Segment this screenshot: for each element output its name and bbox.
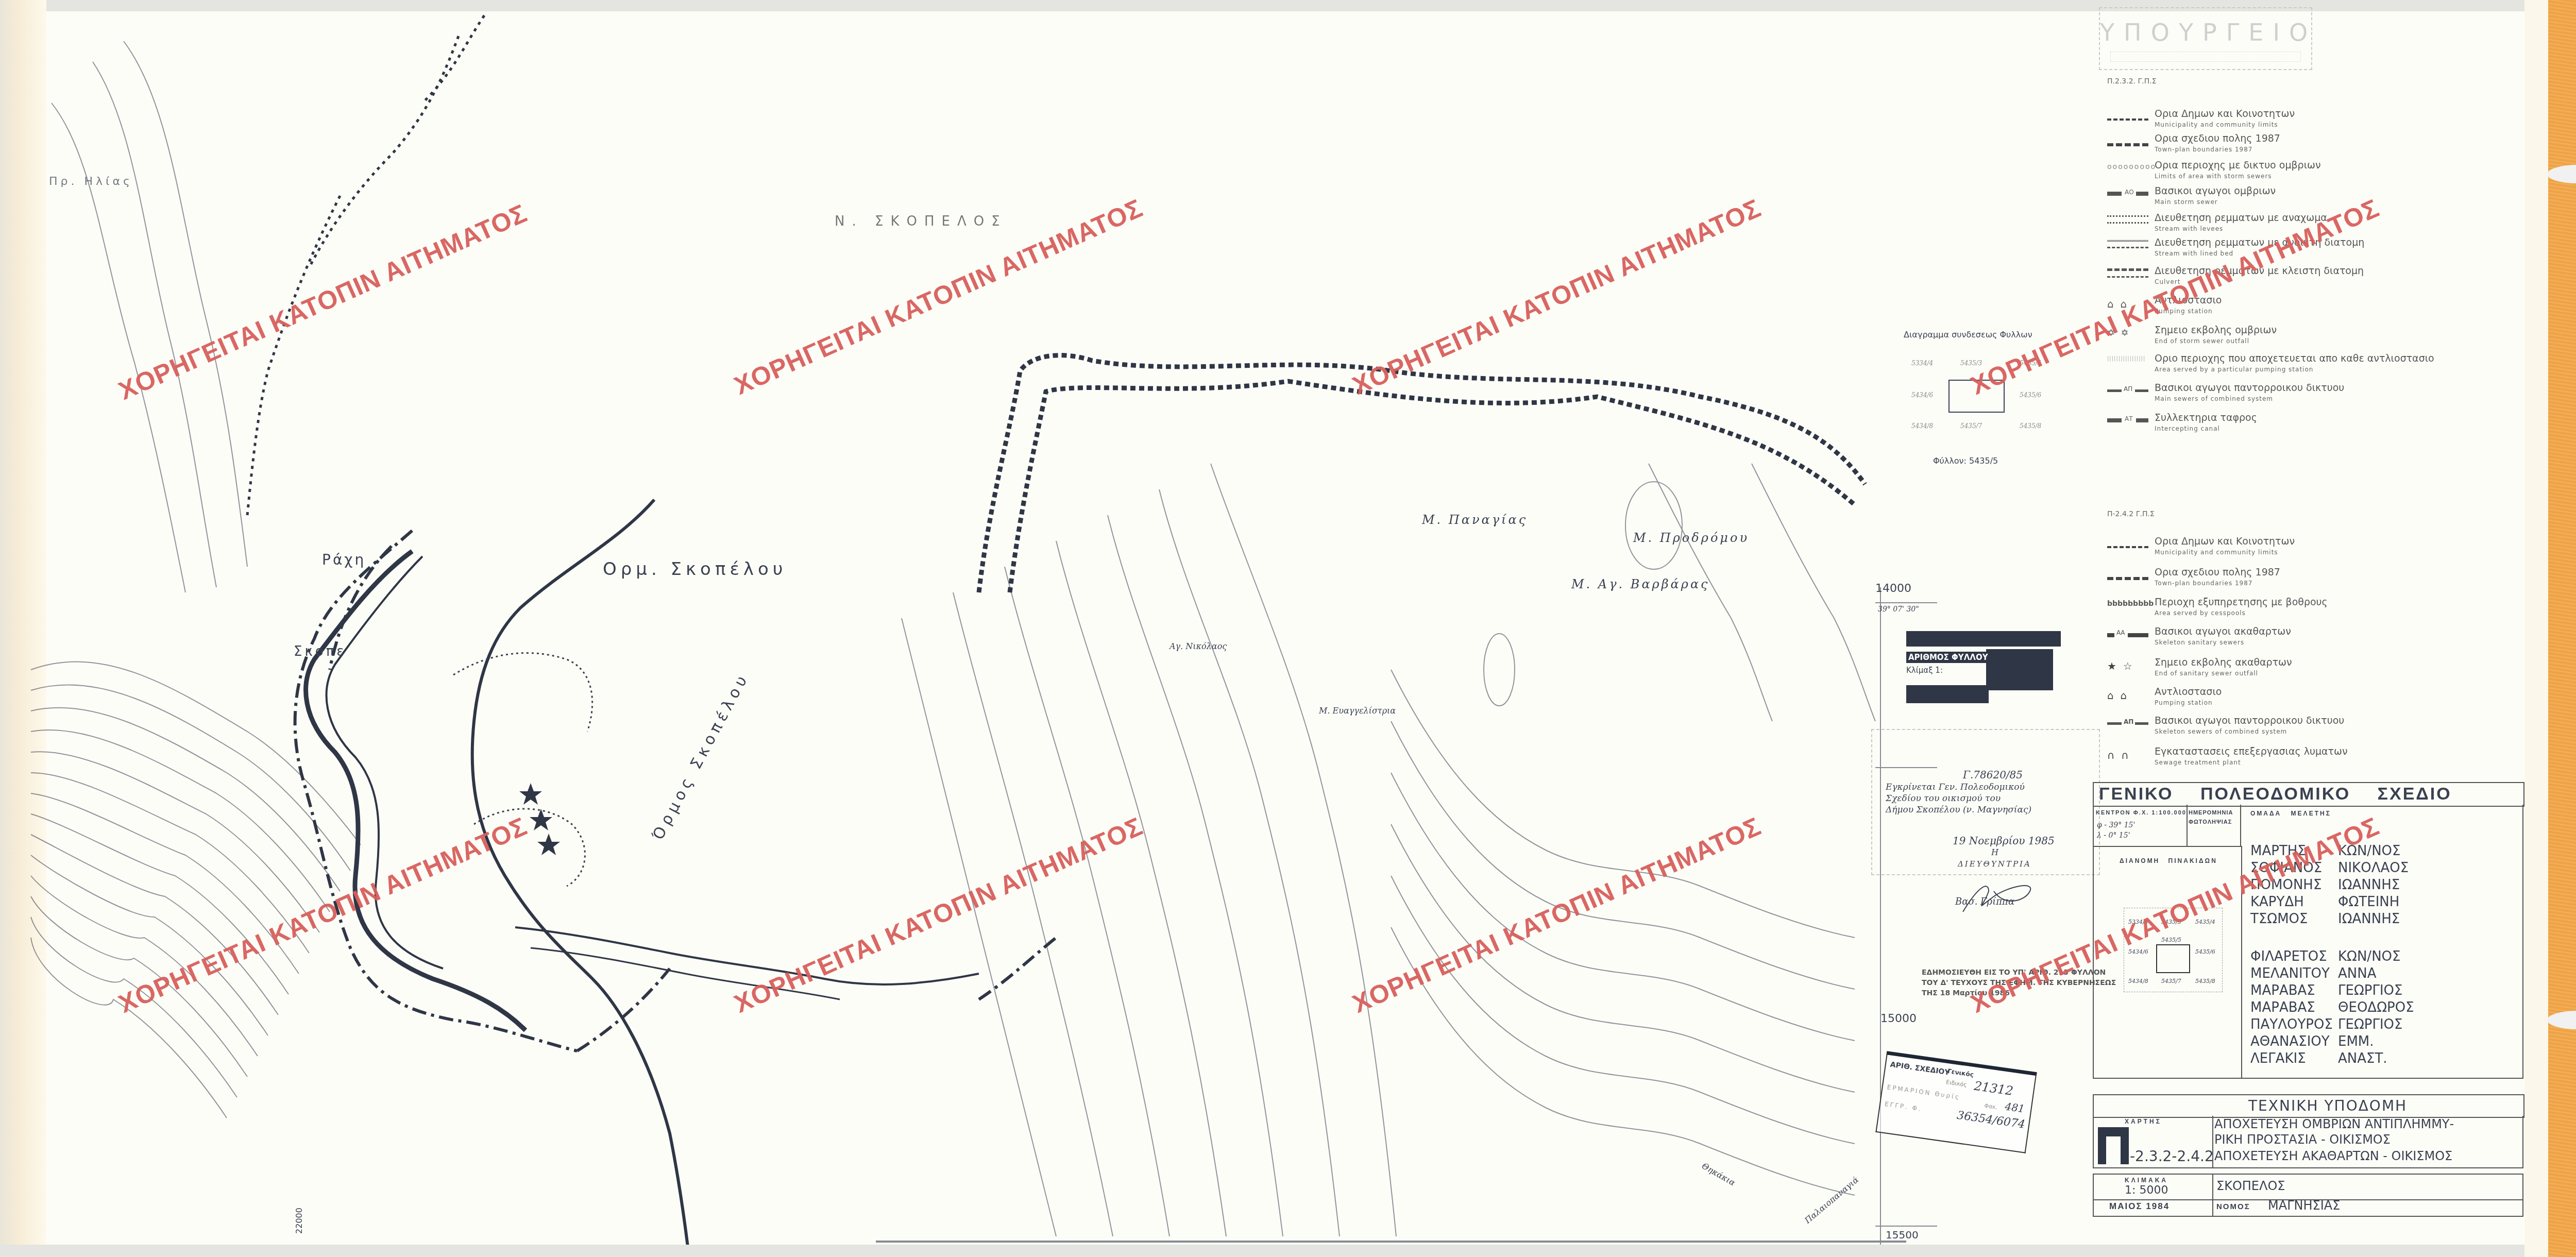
team-member-name: ΕΜΜ.	[2338, 1034, 2374, 1049]
legend-gr: Σημειο εκβολης ομβριων	[2155, 325, 2277, 336]
center-cell: ΚΕΝΤΡΟΝ Φ.Χ. 1:100.000 φ - 39° 15' λ - 0…	[2093, 805, 2188, 847]
map-letter-block	[2098, 1127, 2129, 1164]
place-label: Μ. Παναγίας	[1422, 513, 1528, 527]
description-line: ΡΙΚΗ ΠΡΟΣΤΑΣΙΑ - ΟΙΚΙΣΜΟΣ	[2214, 1132, 2391, 1147]
legend-en: Sewage treatment plant	[2155, 759, 2241, 766]
team-member-name: ΚΩΝ/ΝΟΣ	[2338, 949, 2400, 964]
scale-value: 1: 5000	[2125, 1184, 2168, 1197]
stamp-value: 21312	[1973, 1079, 2014, 1098]
sheet-cell: 5435/8	[2020, 422, 2041, 430]
legend-en: Municipality and community limits	[2155, 549, 2278, 556]
legend-gr: Σημειο εκβολης ακαθαρτων	[2155, 657, 2292, 668]
legend-gr: Ορια Δημων και Κοινοτητων	[2155, 536, 2295, 547]
legend-item: ★ ☆ Σημειο εκβολης ακαθαρτων End of sani…	[2107, 657, 2514, 682]
legend-en: Intercepting canal	[2155, 425, 2220, 432]
legend-section-code: Π-2.4.2 Γ.Π.Σ	[2107, 510, 2155, 518]
stamp-label: Γενικός	[1947, 1067, 1974, 1078]
team-member-surname: ΚΑΡΥΔΗ	[2250, 894, 2304, 910]
sheet-cell: 5434/6	[1911, 392, 1933, 399]
date-cell: ΜΑΙΟΣ 1984	[2093, 1198, 2213, 1217]
subject: ΤΕΧΝΙΚΗ ΥΠΟΔΟΜΗ	[2248, 1097, 2407, 1114]
culvert-line-icon	[2107, 268, 2148, 278]
legend-item: ooooooooo Ορια περιοχης με δικτυο ομβριω…	[2107, 160, 2514, 184]
legend-en: Main storm sewer	[2155, 198, 2218, 206]
team-member-name: ΓΕΩΡΓΙΟΣ	[2338, 1017, 2403, 1032]
sheet-cell: 5435/3	[1960, 360, 1982, 367]
place-value: ΣΚΟΠΕΛΟΣ	[2216, 1179, 2285, 1193]
scale-cell: ΚΛΙΜΑΚΑ 1: 5000	[2093, 1174, 2213, 1200]
team-member-name: ΝΙΚΟΛΑΟΣ	[2338, 860, 2409, 876]
legend-gr: Ορια σχεδιου πολης 1987	[2155, 133, 2280, 144]
distribution-cell-label: 5435/6	[2195, 948, 2215, 955]
team-member-name: ΓΕΩΡΓΙΟΣ	[2338, 983, 2403, 998]
approval-text: Δήμου Σκοπέλου (ν. Μαγνησίας)	[1886, 805, 2031, 815]
legend-item: ΑΑ Βασικοι αγωγοι ακαθαρτων Skeleton san…	[2107, 626, 2514, 651]
date-value: ΜΑΙΟΣ 1984	[2109, 1201, 2170, 1212]
place-label: Πρ. Ηλίας	[49, 175, 133, 188]
legend-gr: Βασικοι αγωγοι ομβριων	[2155, 185, 2276, 197]
legend-en: Skeleton sanitary sewers	[2155, 639, 2244, 646]
center-label: ΚΕΝΤΡΟΝ Φ.Χ. 1:100.000	[2096, 810, 2187, 816]
subject-row: ΤΕΧΝΙΚΗ ΥΠΟΔΟΜΗ	[2093, 1094, 2524, 1118]
team-member-surname: ΠΑΥΛΟΥΡΟΣ	[2250, 1017, 2333, 1032]
ap-line-icon: ΑΠ	[2107, 718, 2148, 736]
legend-item: ∩ ∩ Εγκαταστασεις επεξεργασιας λυματων S…	[2107, 746, 2514, 771]
legend-item: ||||||||||||||||| Οριο περιοχης που αποχ…	[2107, 353, 2514, 378]
legend-gr: Εγκαταστασεις επεξεργασιας λυματων	[2155, 746, 2348, 757]
legend-gr: Ορια περιοχης με δικτυο ομβριων	[2155, 160, 2321, 171]
ap-line-icon: ΑΠ	[2107, 385, 2148, 403]
legend-item: Ορια σχεδιου πολης 1987 Town-plan bounda…	[2107, 567, 2514, 591]
map-number: -2.3.2-2.4.2	[2130, 1148, 2214, 1165]
old-titlebox-line: Κλίμαξ 1:	[1906, 666, 1943, 675]
description-line: ΑΠΟΧΕΤΕΥΣΗ ΑΚΑΘΑΡΤΩΝ - ΟΙΚΙΣΜΟΣ	[2214, 1149, 2452, 1163]
punch-hole	[2547, 165, 2576, 183]
legend-en: Town-plan boundaries 1987	[2155, 580, 2253, 587]
description-line: ΑΠΟΧΕΤΕΥΣΗ ΟΜΒΡΙΩΝ ΑΝΤΙΠΛΗΜΜΥ-	[2214, 1117, 2454, 1131]
plan-title: ΓΕΝΙΚΟ ΠΟΛΕΟΔΟΜΙΚΟ ΣΧΕΔΙΟ	[2099, 784, 2452, 804]
legend-item: ΑΠ Βασικοι αγωγοι παντορροικου δικτυου S…	[2107, 715, 2514, 740]
legend-item: ✡ ✡ Σημειο εκβολης ομβριων End of storm …	[2107, 325, 2514, 349]
place-label: Ορμ. Σκοπέλου	[603, 559, 787, 580]
bar-dash-line-icon	[2107, 577, 2148, 580]
sheet-diagram-title: Διαγραμμα συνδεσεως Φυλλων	[1904, 330, 2032, 339]
stamp-label: ΕΓΓΡ. Φ.	[1884, 1100, 1922, 1113]
topographic-map	[0, 0, 2112, 1257]
signature-name: Βασ. Γρίππα	[1955, 896, 2014, 907]
description-cell: ΑΠΟΧΕΤΕΥΣΗ ΟΜΒΡΙΩΝ ΑΝΤΙΠΛΗΜΜΥ- ΡΙΚΗ ΠΡΟΣ…	[2211, 1116, 2523, 1168]
approval-role-article: Η	[1991, 847, 1998, 857]
prefecture-value: ΜΑΓΝΗΣΙΑΣ	[2268, 1198, 2340, 1213]
legend-gr: Ορια Δημων και Κοινοτητων	[2155, 108, 2295, 120]
grid-label: 14000	[1875, 582, 1911, 595]
approval-date: 19 Νοεμβρίου 1985	[1953, 835, 2055, 847]
legend-item: ⌂ ⌂ Αντλιοστασιο Pumping station	[2107, 686, 2514, 711]
ao-line-icon: ΑΟ	[2107, 189, 2148, 206]
legend-item: bbbbbbbbb Περιοχη εξυπηρετησης με βοθρου…	[2107, 597, 2514, 621]
scan-border-bottom	[0, 1245, 2524, 1257]
sea-label: Ν. ΣΚΟΠΕΛΟΣ	[835, 214, 1007, 229]
sheet-label: Φύλλον: 5435/5	[1933, 456, 1998, 466]
legend-gr: Ορια σχεδιου πολης 1987	[2155, 567, 2280, 578]
scale-label: ΚΛΙΜΑΚΑ	[2125, 1177, 2168, 1184]
photo-date-label: ΗΜΕΡΟΜΗΝΙΑ	[2189, 810, 2233, 816]
legend-en: Main sewers of combined system	[2155, 395, 2273, 402]
treatment-plant-icon: ∩ ∩	[2107, 749, 2148, 767]
distribution-label: ΔΙΑΝΟΜΗ ΠΙΝΑΚΙΔΩΝ	[2120, 857, 2217, 864]
tick-line-icon: |||||||||||||||||	[2107, 356, 2148, 373]
legend-item: ΑΟ Βασικοι αγωγοι ομβριων Main storm sew…	[2107, 185, 2514, 210]
current-sheet-box	[2156, 944, 2190, 973]
distribution-cell-label: 5435/5	[2161, 937, 2181, 943]
place-label: Μ. Αγ. Βαρβάρας	[1571, 577, 1710, 591]
lined-bed-line-icon	[2107, 240, 2148, 248]
sanitary-outfall-star-icon: ★ ☆	[2107, 660, 2148, 677]
photo-date-label: ΦΩΤΟΛΗΨΙΑΣ	[2189, 819, 2232, 825]
legend-gr: Οριο περιοχης που αποχετευεται απο καθε …	[2155, 353, 2434, 364]
team-member-name: ΘΕΟΔΩΡΟΣ	[2338, 1000, 2414, 1015]
place-label: Μ. Προδρόμου	[1633, 531, 1749, 545]
map-number-cell: ΧΑΡΤΗΣ -2.3.2-2.4.2	[2093, 1116, 2213, 1168]
place-label: Σκοπε	[294, 644, 346, 659]
legend-en: Area served by a particular pumping stat…	[2155, 366, 2313, 373]
legend-section-code: Π.2.3.2. Γ.Π.Σ	[2107, 77, 2157, 86]
place-label: Αγ. Νικόλαος	[1170, 641, 1227, 651]
stamp-label: Ειδικός	[1945, 1079, 1967, 1089]
map-letter-cutout	[2106, 1136, 2121, 1164]
approval-text: Σχεδίου του οικισμού του	[1886, 793, 2001, 804]
grid-label: 15500	[1886, 1229, 1919, 1241]
levee-line-icon	[2107, 215, 2148, 224]
grid-label: 22000	[294, 1208, 304, 1234]
ministry-title: ΥΠΟΥΡΓΕΙΟ	[2100, 19, 2311, 46]
legend-gr: Διευθετηση ρεμματων με αναχωμα	[2155, 212, 2327, 224]
legend-gr: Βασικοι αγωγοι παντορροικου δικτυου	[2155, 715, 2344, 726]
legend-en: Town-plan boundaries 1987	[2155, 146, 2253, 153]
team-member-surname: ΦΙΛΑΡΕΤΟΣ	[2250, 949, 2327, 964]
distribution-cell-label: 5434/8	[2128, 978, 2148, 984]
team-member-surname: ΜΑΡΑΒΑΣ	[2250, 1000, 2315, 1015]
place-label: Μ. Ευαγγελίστρια	[1319, 706, 1396, 716]
dash-dot-line-icon	[2107, 118, 2148, 121]
team-member-name: ΙΩΑΝΝΗΣ	[2338, 911, 2400, 927]
approval-ref: Γ.78620/85	[1963, 769, 2023, 781]
place-label: Ράχη	[322, 551, 366, 568]
cesspool-line-icon: bbbbbbbbb	[2107, 600, 2148, 617]
legend-item: Ορια Δημων και Κοινοτητων Municipality a…	[2107, 108, 2514, 133]
stamp-title: ΑΡΙΘ. ΣΧΕΔΙΟΥ	[1890, 1061, 1951, 1077]
team-member-surname: ΛΕΓΑΚΙΣ	[2250, 1051, 2306, 1066]
bar-dash-line-icon	[2107, 143, 2148, 146]
map-sheet: Ν. ΣΚΟΠΕΛΟΣ Ορμ. Σκοπέλου Όρμος Σκοπέλου…	[0, 0, 2524, 1257]
legend-en: End of storm sewer outfall	[2155, 337, 2249, 345]
stamp-value: 481	[2004, 1100, 2025, 1115]
aa-line-icon: ΑΑ	[2107, 629, 2148, 647]
legend-item: ΑΠ Βασικοι αγωγοι παντορροικου δικτυου M…	[2107, 382, 2514, 407]
team-member-name: ΙΩΑΝΝΗΣ	[2338, 877, 2400, 893]
legend-gr: Συλλεκτηρια ταφρος	[2155, 412, 2257, 423]
pumping-station-a-icon: ⌂ ⌂	[2107, 689, 2148, 707]
legend-en: End of sanitary sewer outfall	[2155, 670, 2258, 677]
legend-item: Ορια Δημων και Κοινοτητων Municipality a…	[2107, 536, 2514, 560]
team-label: ΟΜΑΔΑ ΜΕΛΕΤΗΣ	[2250, 810, 2331, 817]
legend-item: ΑΤ Συλλεκτηρια ταφρος Intercepting canal	[2107, 412, 2514, 437]
photo-date-cell: ΗΜΕΡΟΜΗΝΙΑ ΦΩΤΟΛΗΨΙΑΣ	[2185, 805, 2241, 847]
team-member-name: ΑΝΑΣΤ.	[2338, 1051, 2387, 1066]
legend-en: Pumping station	[2155, 699, 2213, 706]
distribution-cell-label: 5435/7	[2161, 978, 2181, 984]
legend-gr: Περιοχη εξυπηρετησης με βοθρους	[2155, 597, 2328, 608]
legend-en: Limits of area with storm sewers	[2155, 173, 2272, 180]
legend-item: Ορια σχεδιου πολης 1987 Town-plan bounda…	[2107, 133, 2514, 158]
ministry-subtitle-box	[2110, 52, 2301, 62]
team-member-surname: ΜΕΛΑΝΙΤΟΥ	[2250, 966, 2330, 981]
team-member-surname: ΑΘΑΝΑΣΙΟΥ	[2250, 1034, 2330, 1049]
sheet-cell: 5434/8	[1911, 422, 1933, 430]
team-cell: ΟΜΑΔΑ ΜΕΛΕΤΗΣ ΜΑΡΤΗΣΚΩΝ/ΝΟΣΣΟΦΙΑΝΟΣΝΙΚΟΛ…	[2240, 805, 2523, 1079]
legend-en: Stream with lined bed	[2155, 250, 2233, 257]
legend-en: Municipality and community limits	[2155, 121, 2278, 128]
coordinate-label: 39° 07' 30"	[1878, 605, 1919, 614]
stamp-label: Φακ.	[1984, 1102, 1998, 1111]
prefecture-label: ΝΟΜΟΣ	[2216, 1202, 2250, 1211]
approval-role: ΔΙΕΥΘΥΝΤΡΙΑ	[1958, 859, 2031, 869]
map-label: ΧΑΡΤΗΣ	[2125, 1118, 2162, 1125]
dash-dot-line-icon	[2107, 546, 2148, 548]
team-member-surname: ΤΣΩΜΟΣ	[2250, 911, 2308, 927]
punch-hole	[2547, 1011, 2576, 1029]
legend-en: Area served by cesspools	[2155, 609, 2246, 617]
legend-en: Skeleton sewers of combined system	[2155, 728, 2287, 735]
stamp-label: ΕΡΜΑΡΙΟΝ Θυρίς	[1887, 1083, 1961, 1101]
legend-gr: Βασικοι αγωγοι παντορροικου δικτυου	[2155, 382, 2344, 394]
sheet-cell: 5435/6	[2020, 392, 2041, 399]
team-member-name: ΑΝΝΑ	[2338, 966, 2376, 981]
binding-strip: ΧΟΡ ΧΟΡ	[2524, 0, 2576, 1257]
sheet-cell: 5334/4	[1911, 360, 1933, 367]
sheet-cell: 5435/7	[1960, 422, 1982, 430]
paper-edge	[2524, 0, 2548, 1257]
team-member-name: ΦΩΤΕΙΝΗ	[2338, 894, 2399, 910]
prefecture-cell: ΝΟΜΟΣ ΜΑΓΝΗΣΙΑΣ	[2211, 1198, 2523, 1217]
legend-en: Stream with levees	[2155, 225, 2223, 232]
legend-gr: Βασικοι αγωγοι ακαθαρτων	[2155, 626, 2291, 637]
team-member-surname: ΜΑΡΑΒΑΣ	[2250, 983, 2315, 998]
legend-gr: Αντλιοστασιο	[2155, 686, 2222, 698]
old-titlebox-line: ΑΡΙΘΜΟΣ ΦΥΛΛΟΥ	[1906, 652, 1990, 663]
ministry-stamp: ΥΠΟΥΡΓΕΙΟ	[2099, 7, 2312, 70]
circle-line-icon: ooooooooo	[2107, 163, 2148, 180]
phi-value: φ - 39° 15'	[2097, 821, 2135, 829]
approval-text: Εγκρίνεται Γεν. Πολεοδομικού	[1886, 782, 2025, 792]
grid-label: 15000	[1880, 1012, 1917, 1025]
distribution-cell-label: 5435/8	[2195, 978, 2215, 984]
title-row: ΓΕΝΙΚΟ ΠΟΛΕΟΔΟΜΙΚΟ ΣΧΕΔΙΟ	[2093, 782, 2524, 807]
at-line-icon: ΑΤ	[2107, 415, 2148, 433]
place-cell: ΣΚΟΠΕΛΟΣ	[2211, 1174, 2523, 1200]
lambda-value: λ - 0° 15'	[2097, 831, 2130, 840]
